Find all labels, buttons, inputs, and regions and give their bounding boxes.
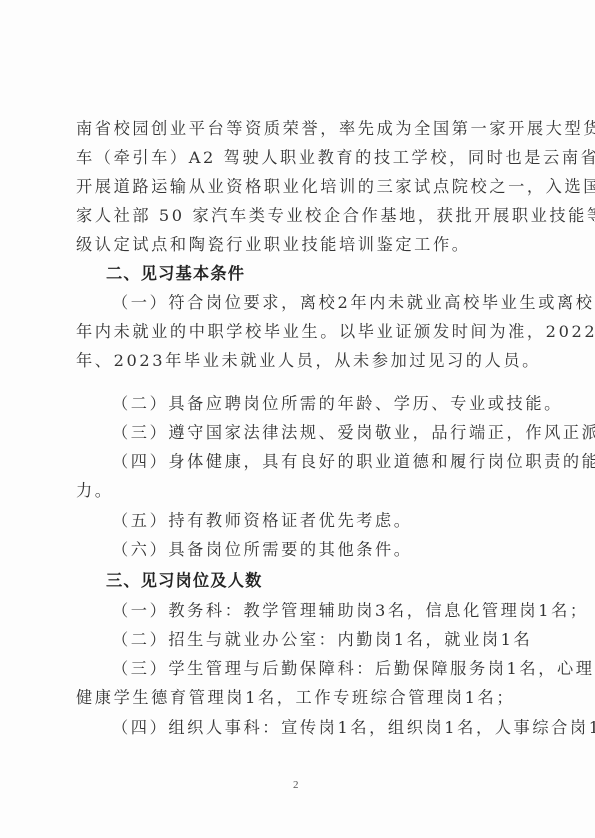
condition-item-continued: 力。	[76, 481, 522, 501]
position-item: （二）招生与就业办公室：内勤岗1名，就业岗1名	[112, 630, 522, 650]
condition-item: （一）符合岗位要求，离校2年内未就业高校毕业生或离校2	[112, 293, 522, 313]
position-item-continued: 健康学生德育管理岗1名，工作专班综合管理岗1名；	[76, 688, 522, 708]
condition-item-continued: 年内未就业的中职学校毕业生。以毕业证颁发时间为准，2022	[76, 322, 522, 342]
paragraph-line: 南省校园创业平台等资质荣誉，率先成为全国第一家开展大型货	[76, 119, 522, 139]
paragraph-line: 家人社部 50 家汽车类专业校企合作基地，获批开展职业技能等	[76, 206, 522, 226]
position-item: （一）教务科：教学管理辅助岗3名，信息化管理岗1名；	[112, 601, 522, 621]
condition-item: （五）持有教师资格证者优先考虑。	[112, 511, 522, 531]
condition-item-continued: 年、2023年毕业未就业人员，从未参加过见习的人员。	[76, 351, 522, 371]
position-item: （四）组织人事科：宣传岗1名，组织岗1名，人事综合岗1	[112, 718, 522, 738]
section-heading-conditions: 二、见习基本条件	[106, 264, 552, 284]
condition-item: （四）身体健康，具有良好的职业道德和履行岗位职责的能	[112, 452, 522, 472]
document-page: 南省校园创业平台等资质荣誉，率先成为全国第一家开展大型货 车（牵引车）A2 驾驶…	[0, 0, 595, 838]
condition-item: （六）具备岗位所需要的其他条件。	[112, 540, 522, 560]
paragraph-line: 级认定试点和陶瓷行业职业技能培训鉴定工作。	[76, 235, 522, 255]
page-number: 2	[293, 779, 299, 791]
paragraph-line: 车（牵引车）A2 驾驶人职业教育的技工学校，同时也是云南省	[76, 148, 522, 168]
condition-item: （二）具备应聘岗位所需的年龄、学历、专业或技能。	[112, 394, 522, 414]
condition-item: （三）遵守国家法律法规、爱岗敬业，品行端正，作风正派。	[112, 423, 522, 443]
position-item: （三）学生管理与后勤保障科：后勤保障服务岗1名，心理	[112, 659, 522, 679]
section-heading-positions: 三、见习岗位及人数	[106, 571, 552, 591]
paragraph-line: 开展道路运输从业资格职业化培训的三家试点院校之一，入选国	[76, 177, 522, 197]
